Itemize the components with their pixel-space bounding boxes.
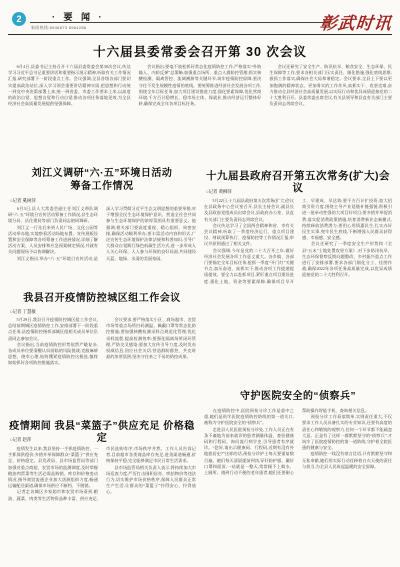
article-liu-headline-line1: 刘江义调研“六·五”环境日活动: [8, 168, 196, 180]
article-zc-headline: 守护医院安全的“侦察兵”: [204, 391, 392, 403]
lead-headline: 十六届县委常委会召开第 30 次会议: [0, 42, 400, 60]
article-fk-byline: ○记者 丁慧敏: [10, 309, 36, 315]
article-gov-body: 3月22日,十九届县政府第五次常务(扩大)会议在县政务中心会议室召开,县长主持会…: [204, 198, 392, 383]
article-cai-headline: 疫情期间 我县“菜篮子”供应充足 价格稳定: [8, 421, 196, 445]
page-number-badge: 2: [12, 12, 26, 26]
newspaper-masthead: 彰武时讯: [319, 9, 394, 34]
article-fk-headline: 我县召开疫情防控城区组工作会议: [8, 293, 196, 305]
article-cai-body: 疫情发生以来,我县坚持一手抓疫情防控、一手抓保供稳价,多措并举保障群众“菜篮子”…: [8, 446, 196, 558]
article-gov-headline: 十九届县政府召开第五次常务(扩大)会议: [204, 170, 392, 194]
header-thin-rule: [30, 22, 330, 23]
news-hotline: 新闻热线:6946873 6964286: [31, 25, 86, 31]
article-fk-body: 5月29日,我县召开疫情防控城区组工作会议,总结前期城区疫情防控工作,安排部署下…: [8, 317, 196, 413]
article-liu-headline-line2: 筹备工作情况: [8, 181, 196, 193]
article-liu-body: 6月3日,县人大常委会副主任刘江义带队调研“六·五”环境日宣传活动筹备工作情况,…: [8, 206, 196, 292]
article-zc-body: 在疫情防控中,医院预检分诊工作是重中之重,她们是筑牢医院疫情防控防线的第一道关口…: [204, 408, 392, 558]
article-gov-byline: ○记者 黄柳萍: [206, 189, 232, 195]
article-cai-byline: ○记者 赵萍: [10, 437, 31, 443]
article-liu-byline: ○记者 奚树萍: [10, 198, 36, 204]
lead-body: 6月4日,县委书记主持召开十六届县委常委会第30次会议,传达学习习近平总书记重要…: [8, 64, 392, 161]
header-thick-rule: [8, 34, 392, 35]
